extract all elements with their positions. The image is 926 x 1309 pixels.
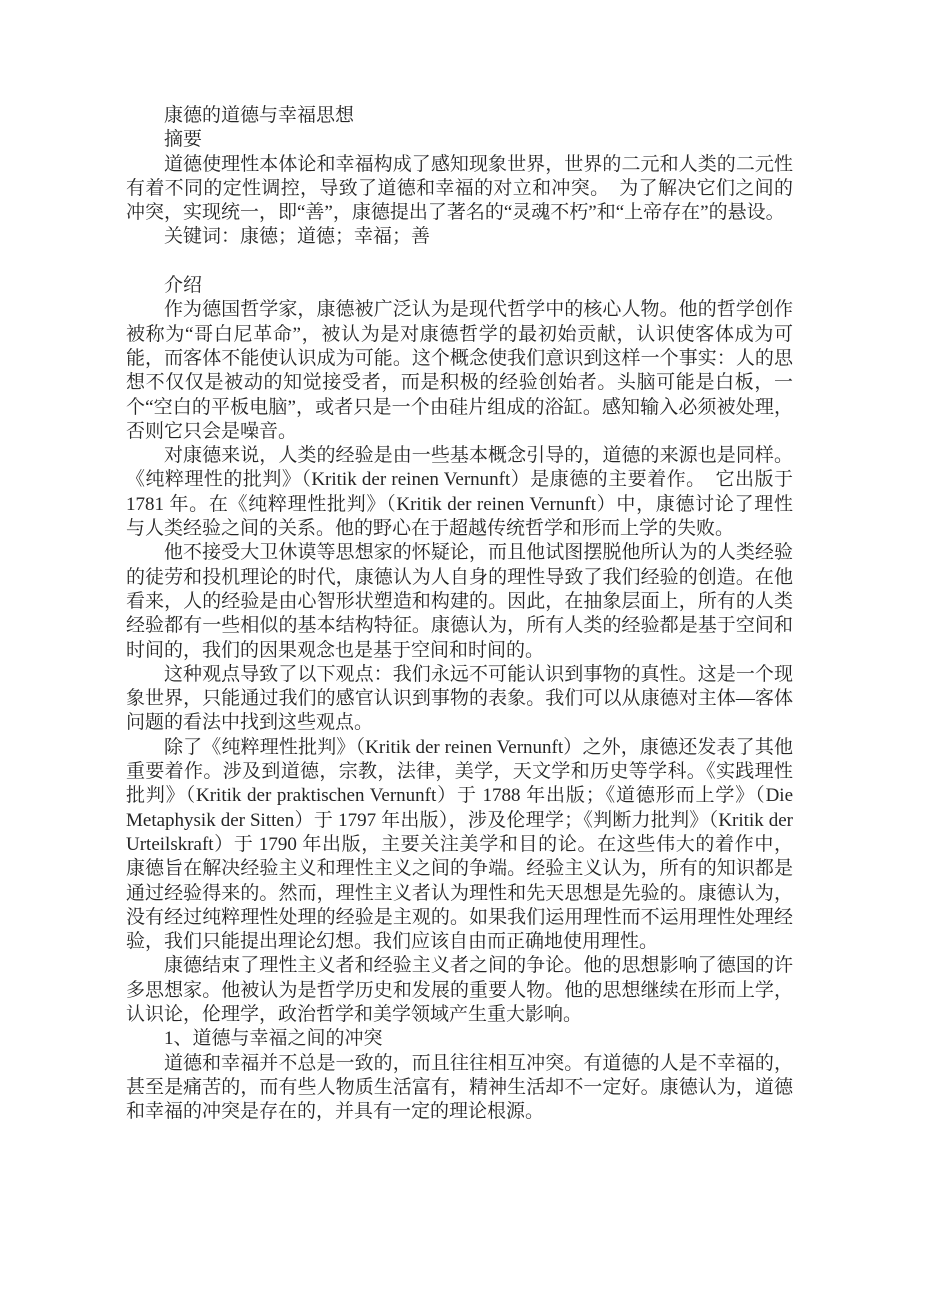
document-page: 康德的道德与幸福思想摘要道德使理性本体论和幸福构成了感知现象世界，世界的二元和人… — [0, 0, 926, 1309]
paragraph: 道德使理性本体论和幸福构成了感知现象世界，世界的二元和人类的二元性有着不同的定性… — [126, 153, 793, 226]
paragraph: 作为德国哲学家，康德被广泛认为是现代哲学中的核心人物。他的哲学创作被称为“哥白尼… — [126, 298, 793, 444]
section-label: 摘要 — [126, 128, 793, 152]
blank-line — [126, 250, 793, 274]
section-label: 介绍 — [126, 274, 793, 298]
paragraph: 除了《纯粹理性批判》（Kritik der reinen Vernunft）之外… — [126, 736, 793, 955]
keywords-line: 关键词：康德；道德；幸福；善 — [126, 225, 793, 249]
paragraph: 道德和幸福并不总是一致的，而且往往相互冲突。有道德的人是不幸福的，甚至是痛苦的，… — [126, 1052, 793, 1125]
paragraph: 这种观点导致了以下观点：我们永远不可能认识到事物的真性。这是一个现象世界，只能通… — [126, 663, 793, 736]
section-heading: 1、道德与幸福之间的冲突 — [126, 1027, 793, 1051]
paragraph: 对康德来说，人类的经验是由一些基本概念引导的，道德的来源也是同样。《纯粹理性的批… — [126, 444, 793, 541]
document-body: 康德的道德与幸福思想摘要道德使理性本体论和幸福构成了感知现象世界，世界的二元和人… — [126, 104, 793, 1124]
paragraph: 他不接受大卫休谟等思想家的怀疑论，而且他试图摆脱他所认为的人类经验的徒劳和投机理… — [126, 541, 793, 662]
document-title: 康德的道德与幸福思想 — [126, 104, 793, 128]
paragraph: 康德结束了理性主义者和经验主义者之间的争论。他的思想影响了德国的许多思想家。他被… — [126, 954, 793, 1027]
